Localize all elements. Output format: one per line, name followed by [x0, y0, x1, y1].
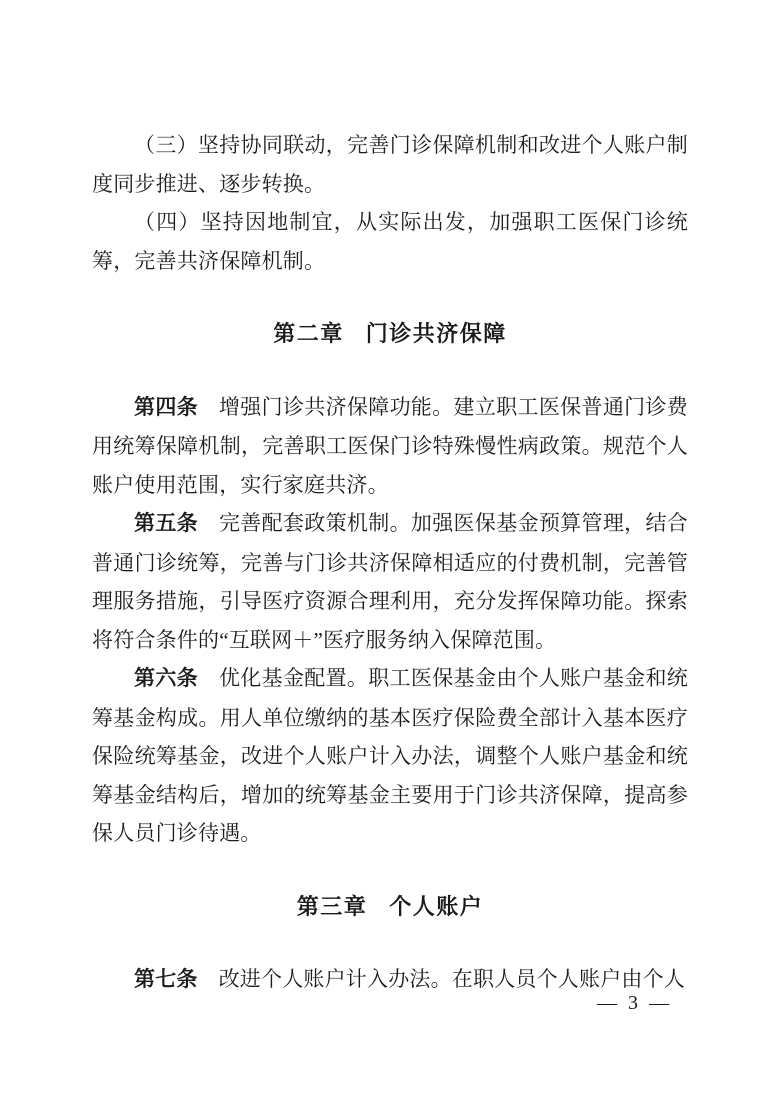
document-body: （三）坚持协同联动，完善门诊保障机制和改进个人账户制度同步推进、逐步转换。 （四… [92, 126, 688, 1000]
chapter-2-heading: 第二章门诊共济保障 [92, 315, 688, 354]
article-5-label: 第五条 [134, 512, 198, 535]
page-number: — 3 — [597, 988, 672, 1018]
article-7-label: 第七条 [134, 968, 198, 991]
article-6-label: 第六条 [134, 667, 198, 690]
intro-paragraph-4-text: （四）坚持因地制宜，从实际出发，加强职工医保门诊统筹，完善共济保障机制。 [92, 210, 688, 273]
document-page: （三）坚持协同联动，完善门诊保障机制和改进个人账户制度同步推进、逐步转换。 （四… [0, 0, 780, 1103]
intro-paragraph-4: （四）坚持因地制宜，从实际出发，加强职工医保门诊统筹，完善共济保障机制。 [92, 203, 688, 280]
article-5-paragraph: 第五条完善配套政策机制。加强医保基金预算管理，结合普通门诊统筹，完善与门诊共济保… [92, 504, 688, 659]
intro-paragraph-3: （三）坚持协同联动，完善门诊保障机制和改进个人账户制度同步推进、逐步转换。 [92, 126, 688, 203]
chapter-3-number: 第三章 [297, 894, 368, 919]
chapter-3-heading: 第三章个人账户 [92, 888, 688, 927]
chapter-2-title: 门诊共济保障 [366, 321, 507, 346]
article-4-label: 第四条 [134, 396, 198, 419]
article-6-paragraph: 第六条优化基金配置。职工医保基金由个人账户基金和统筹基金构成。用人单位缴纳的基本… [92, 659, 688, 853]
article-4-paragraph: 第四条增强门诊共济保障功能。建立职工医保普通门诊费用统筹保障机制，完善职工医保门… [92, 388, 688, 505]
article-6-text: 优化基金配置。职工医保基金由个人账户基金和统筹基金构成。用人单位缴纳的基本医疗保… [92, 666, 688, 845]
chapter-2-number: 第二章 [273, 321, 344, 346]
chapter-3-title: 个人账户 [389, 894, 483, 919]
intro-paragraph-3-text: （三）坚持协同联动，完善门诊保障机制和改进个人账户制度同步推进、逐步转换。 [92, 133, 688, 196]
